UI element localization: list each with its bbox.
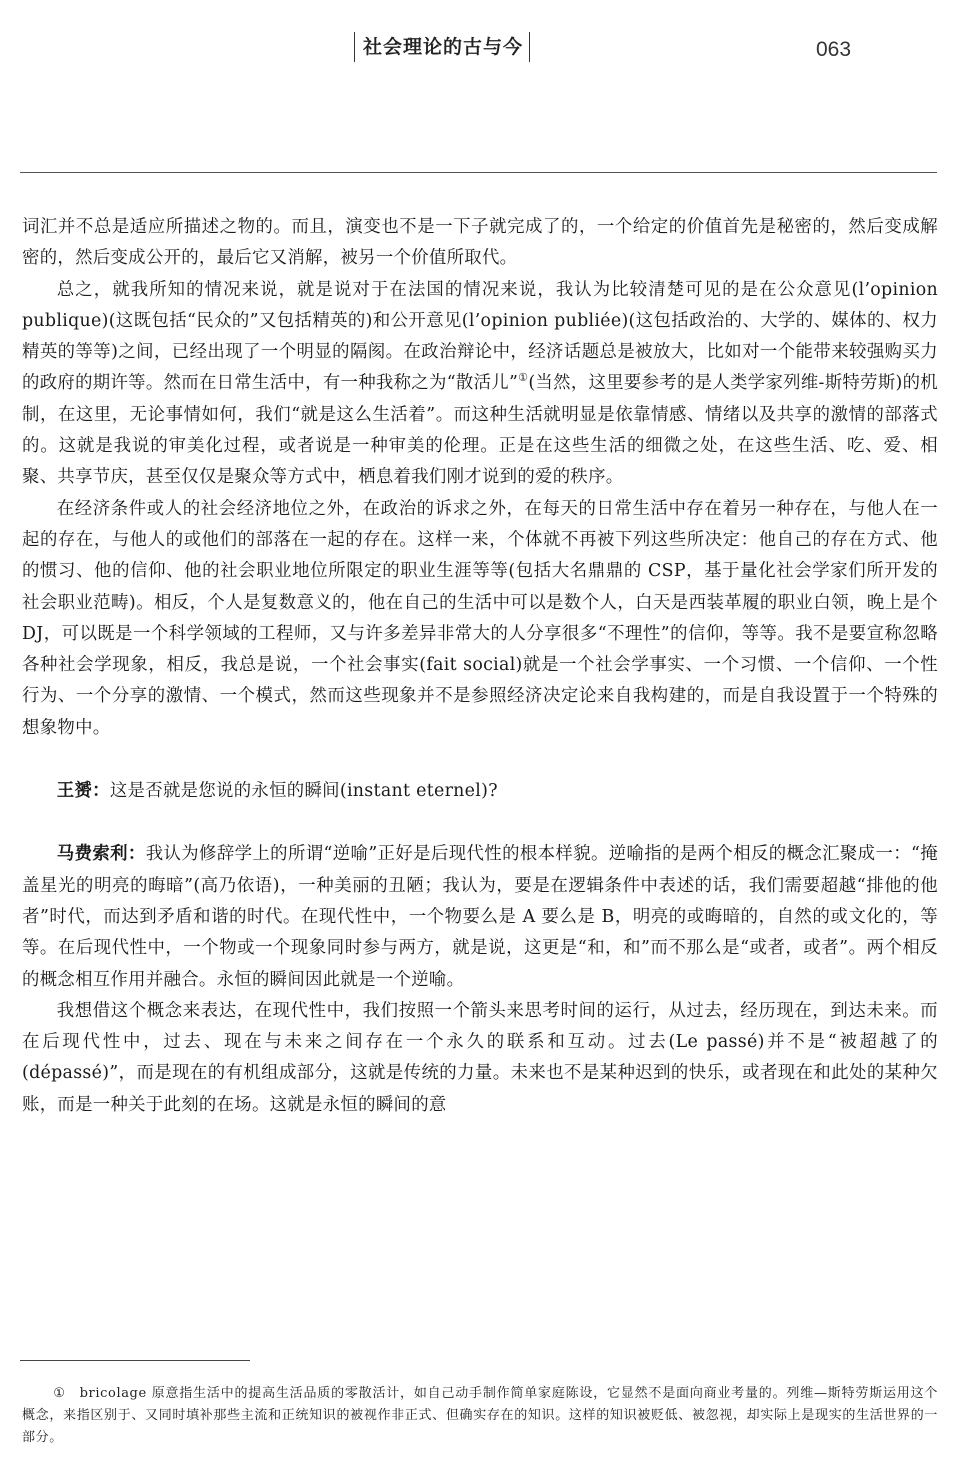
paragraph: 词汇并不总是适应所描述之物的。而且，演变也不是一下子就完成了的，一个给定的价值首… [22, 212, 938, 275]
footnote-reference[interactable]: ① [518, 372, 528, 385]
paragraph: 总之，就我所知的情况来说，就是说对于在法国的情况来说，我认为比较清楚可见的是在公… [22, 275, 938, 494]
footnote-text: bricolage 原意指生活中的提高生活品质的零散活计，如自己动手制作简单家庭… [22, 1386, 938, 1445]
footnote-mark: ① [53, 1386, 65, 1401]
footnote-area: ①bricolage 原意指生活中的提高生活品质的零散活计，如自己动手制作简单家… [22, 1383, 938, 1449]
dialogue-answer: 马费索利：我认为修辞学上的所谓“逆喻”正好是后现代性的根本样貌。逆喻指的是两个相… [22, 839, 938, 995]
paragraph: 我想借这个概念来表达，在现代性中，我们按照一个箭头来思考时间的运行，从过去，经历… [22, 996, 938, 1121]
dialogue-question: 王赟：这是否就是您说的永恒的瞬间(instant eternel)? [22, 776, 938, 807]
running-title: 社会理论的古与今 [354, 32, 530, 62]
paragraph: 在经济条件或人的社会经济地位之外，在政治的诉求之外，在每天的日常生活中存在着另一… [22, 494, 938, 744]
footnote-divider [20, 1360, 250, 1361]
speaker-name: 马费索利： [57, 844, 146, 864]
page-number: 063 [816, 38, 851, 62]
footnote: ①bricolage 原意指生活中的提高生活品质的零散活计，如自己动手制作简单家… [22, 1383, 938, 1449]
speaker-name: 王赟： [57, 781, 110, 801]
main-text: 词汇并不总是适应所描述之物的。而且，演变也不是一下子就完成了的，一个给定的价值首… [22, 212, 938, 1121]
dialogue-text: 我认为修辞学上的所谓“逆喻”正好是后现代性的根本样貌。逆喻指的是两个相反的概念汇… [22, 844, 938, 989]
dialogue-text: 这是否就是您说的永恒的瞬间(instant eternel)? [110, 781, 498, 801]
header-divider [20, 172, 937, 173]
